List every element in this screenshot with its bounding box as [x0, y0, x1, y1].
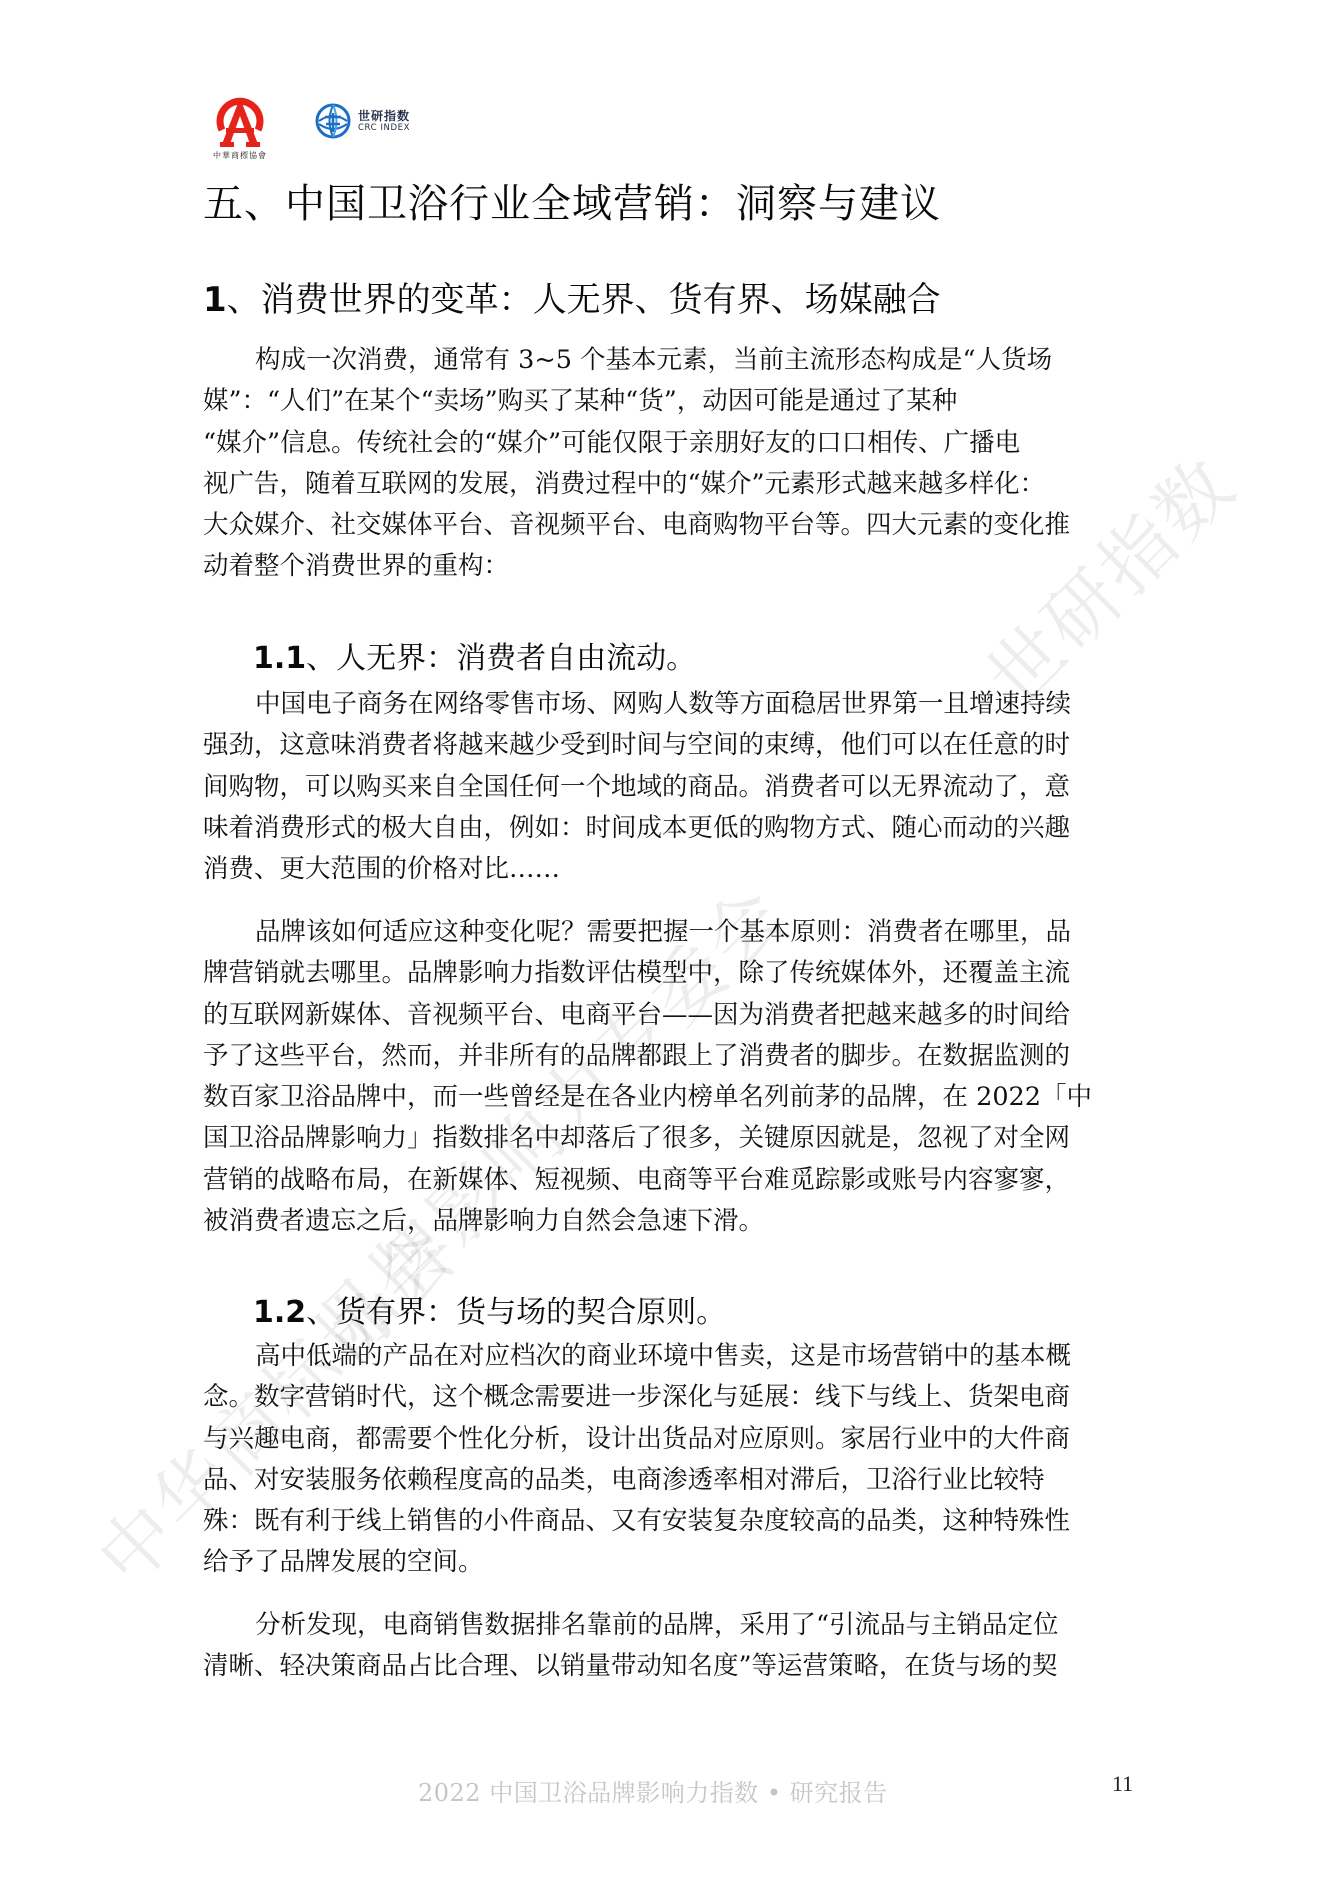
text-line: 分析发现，电商销售数据排名靠前的品牌，采用了“引流品与主销品定位 — [203, 1605, 1133, 1646]
paragraph-1-2-b: 分析发现，电商销售数据排名靠前的品牌，采用了“引流品与主销品定位 清晰、轻决策商… — [203, 1605, 1133, 1688]
text-line: 品牌该如何适应这种变化呢？需要把握一个基本原则：消费者在哪里，品 — [203, 912, 1133, 953]
section-title: 五、中国卫浴行业全域营销：洞察与建议 — [203, 172, 941, 229]
item-heading-1-2: 1.2、货有界：货与场的契合原则。 — [253, 1287, 726, 1331]
header-logos: 中華商標協會 世研指数 CRC INDEX — [200, 86, 410, 166]
text-line: 国卫浴品牌影响力」指数排名中却落后了很多，关键原因就是，忽视了对全网 — [203, 1118, 1133, 1159]
item-number: 1.2 — [253, 1295, 306, 1330]
text-line: 与兴趣电商，都需要个性化分析，设计出货品对应原则。家居行业中的大件商 — [203, 1419, 1133, 1460]
footer-report-title: 2022 中国卫浴品牌影响力指数 • 研究报告 — [418, 1773, 888, 1808]
item-title: 、货有界：货与场的契合原则。 — [306, 1295, 726, 1330]
item-heading-1-1: 1.1、人无界：消费者自由流动。 — [253, 633, 696, 677]
item-title: 、人无界：消费者自由流动。 — [306, 641, 696, 676]
crc-index-logo: 世研指数 CRC INDEX — [314, 102, 410, 140]
text-line: 给予了品牌发展的空间。 — [203, 1542, 1133, 1583]
globe-icon — [314, 102, 352, 140]
text-line: 中国电子商务在网络零售市场、网购人数等方面稳居世界第一且增速持续 — [203, 684, 1133, 725]
paragraph-1-1-b: 品牌该如何适应这种变化呢？需要把握一个基本原则：消费者在哪里，品 牌营销就去哪里… — [203, 912, 1133, 1242]
text-line: 被消费者遗忘之后，品牌影响力自然会急速下滑。 — [203, 1201, 1133, 1242]
trademark-association-emblem-icon — [200, 86, 280, 150]
text-line: 高中低端的产品在对应档次的商业环境中售卖，这是市场营销中的基本概 — [203, 1336, 1133, 1377]
intro-paragraph: 构成一次消费，通常有 3~5 个基本元素，当前主流形态构成是“人货场 媒”：“人… — [203, 340, 1133, 588]
text-line: 予了这些平台，然而，并非所有的品牌都跟上了消费者的脚步。在数据监测的 — [203, 1036, 1133, 1077]
text-line: 媒”：“人们”在某个“卖场”购买了某种“货”，动因可能是通过了某种 — [203, 381, 1133, 422]
china-trademark-association-logo: 中華商標協會 — [200, 86, 280, 166]
text-line: 大众媒介、社交媒体平台、音视频平台、电商购物平台等。四大元素的变化推 — [203, 505, 1133, 546]
page-number: 11 — [1112, 1771, 1133, 1797]
text-line: 营销的战略布局，在新媒体、短视频、电商等平台难觅踪影或账号内容寥寥， — [203, 1160, 1133, 1201]
subsection-heading: 1、消费世界的变革：人无界、货有界、场媒融合 — [203, 272, 941, 321]
item-number: 1.1 — [253, 641, 306, 676]
text-line: 味着消费形式的极大自由，例如：时间成本更低的购物方式、随心而动的兴趣 — [203, 808, 1133, 849]
paragraph-1-1-a: 中国电子商务在网络零售市场、网购人数等方面稳居世界第一且增速持续 强劲，这意味消… — [203, 684, 1133, 890]
text-line: 殊：既有利于线上销售的小件商品、又有安装复杂度较高的品类，这种特殊性 — [203, 1501, 1133, 1542]
text-line: 消费、更大范围的价格对比…… — [203, 849, 1133, 890]
text-line: 念。数字营销时代，这个概念需要进一步深化与延展：线下与线上、货架电商 — [203, 1377, 1133, 1418]
paragraph-1-2-a: 高中低端的产品在对应档次的商业环境中售卖，这是市场营销中的基本概 念。数字营销时… — [203, 1336, 1133, 1584]
document-page: 世研指数 品牌影响力专委会 中华商标协会 中華商標協會 — [0, 0, 1334, 1887]
crc-index-en-name: CRC INDEX — [358, 124, 410, 133]
text-line: 品、对安装服务依赖程度高的品类，电商渗透率相对滞后，卫浴行业比较特 — [203, 1460, 1133, 1501]
text-line: 清晰、轻决策商品占比合理、以销量带动知名度”等运营策略，在货与场的契 — [203, 1646, 1133, 1687]
crc-index-cn-name: 世研指数 — [358, 110, 410, 122]
text-line: 强劲，这意味消费者将越来越少受到时间与空间的束缚，他们可以在任意的时 — [203, 725, 1133, 766]
text-line: 动着整个消费世界的重构： — [203, 546, 1133, 587]
text-line: 数百家卫浴品牌中，而一些曾经是在各业内榜单名列前茅的品牌，在 2022「中 — [203, 1077, 1133, 1118]
text-line: 构成一次消费，通常有 3~5 个基本元素，当前主流形态构成是“人货场 — [203, 340, 1133, 381]
association-caption: 中華商標協會 — [200, 150, 280, 161]
text-line: 视广告，随着互联网的发展，消费过程中的“媒介”元素形式越来越多样化： — [203, 464, 1133, 505]
subsection-title: 、消费世界的变革：人无界、货有界、场媒融合 — [227, 280, 941, 320]
text-line: 间购物，可以购买来自全国任何一个地域的商品。消费者可以无界流动了，意 — [203, 767, 1133, 808]
text-line: 牌营销就去哪里。品牌影响力指数评估模型中，除了传统媒体外，还覆盖主流 — [203, 953, 1133, 994]
text-line: “媒介”信息。传统社会的“媒介”可能仅限于亲朋好友的口口相传、广播电 — [203, 423, 1133, 464]
subsection-number: 1 — [203, 280, 227, 320]
text-line: 的互联网新媒体、音视频平台、电商平台——因为消费者把越来越多的时间给 — [203, 995, 1133, 1036]
